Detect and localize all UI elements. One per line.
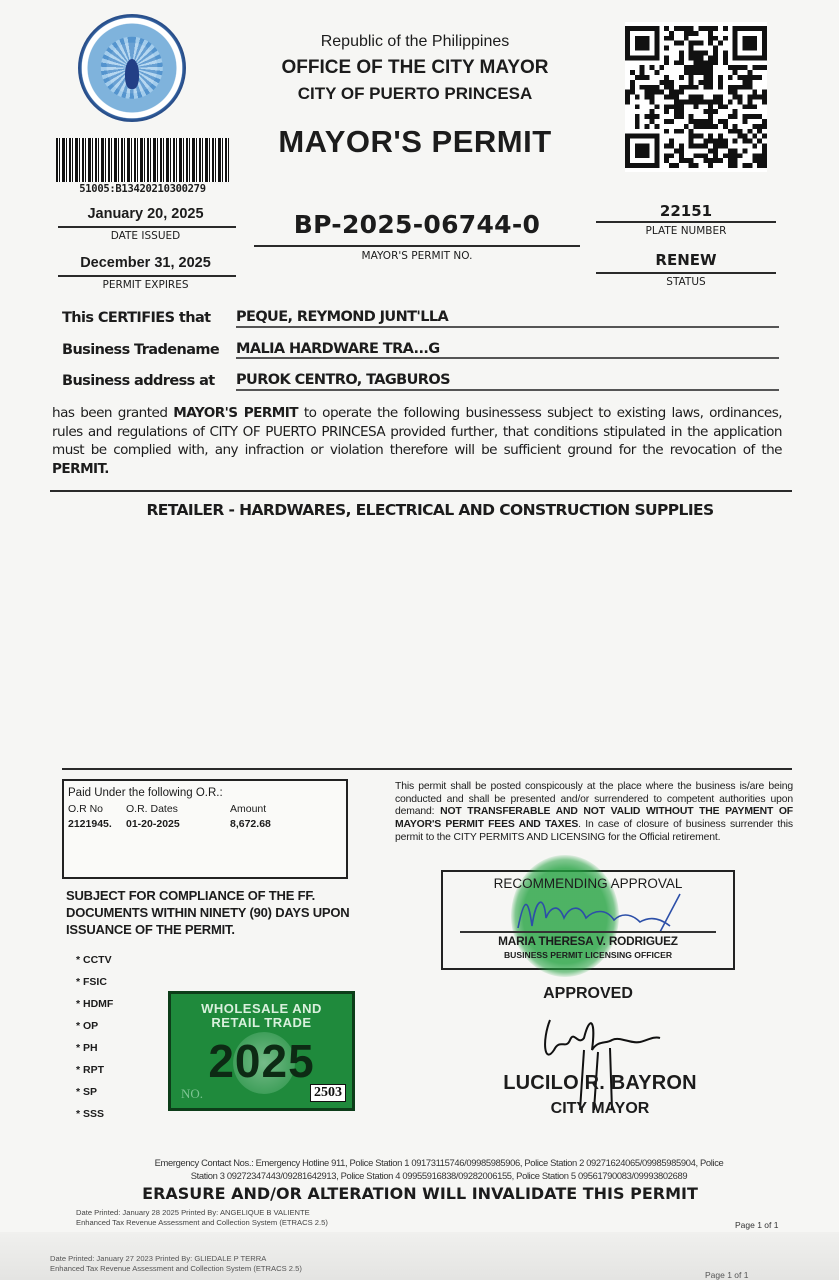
sticker-heading: WHOLESALE ANDRETAIL TRADE <box>171 1002 352 1030</box>
sticker-line-1: WHOLESALE AND <box>171 1002 352 1016</box>
peacock-icon <box>125 59 139 89</box>
or-header-date: O.R. Dates <box>126 803 178 815</box>
sticker-no-label: NO. <box>181 1086 203 1102</box>
barcode <box>56 138 229 182</box>
or-title: Paid Under the following O.R.: <box>68 787 223 799</box>
status-value: RENEW <box>596 251 776 269</box>
divider <box>50 490 792 492</box>
permit-expires-value: December 31, 2025 <box>58 255 233 271</box>
republic-heading: Republic of the Philippines <box>260 33 570 51</box>
address-label: Business address at <box>62 373 215 389</box>
plate-number-label: PLATE NUMBER <box>596 225 776 237</box>
divider <box>62 768 792 770</box>
mayor-title: CITY MAYOR <box>470 1100 730 1118</box>
document-title: MAYOR'S PERMIT <box>250 124 580 160</box>
underlay-print-info: Date Printed: January 27 2023 Printed By… <box>50 1254 302 1274</box>
recommending-officer-name: MARIA THERESA V. RODRIGUEZ <box>441 934 735 948</box>
sticker-number: 2503 <box>310 1084 346 1102</box>
requirement-item: * CCTV <box>76 954 113 976</box>
certifies-label: This CERTIFIES that <box>62 310 210 326</box>
qr-code <box>625 22 767 172</box>
city-heading: CITY OF PUERTO PRINCESA <box>260 84 570 104</box>
business-address: PUROK CENTRO, TAGBUROS <box>236 372 450 388</box>
office-heading: OFFICE OF THE CITY MAYOR <box>245 57 585 79</box>
requirements-list: * CCTV * FSIC * HDMF * OP * PH * RPT * S… <box>76 954 113 1130</box>
or-date: 01-20-2025 <box>126 818 180 830</box>
permit-expires-label: PERMIT EXPIRES <box>58 279 233 291</box>
status-label: STATUS <box>596 276 776 288</box>
city-seal-logo <box>78 14 186 122</box>
erasure-warning: ERASURE AND/OR ALTERATION WILL INVALIDAT… <box>80 1184 760 1203</box>
requirement-item: * FSIC <box>76 976 113 998</box>
emergency-line-1: Emergency Contact Nos.: Emergency Hotlin… <box>70 1156 808 1169</box>
sticker-year: 2025 <box>171 1034 352 1088</box>
mayor-name: LUCILO R. BAYRON <box>470 1072 730 1095</box>
certified-name: PEQUE, REYMOND JUNT'LLA <box>236 309 448 325</box>
signature-line <box>460 931 716 933</box>
or-number: 2121945. <box>68 818 112 830</box>
date-issued-value: January 20, 2025 <box>58 206 233 222</box>
requirement-item: * RPT <box>76 1064 113 1086</box>
system-name: Enhanced Tax Revenue Assessment and Coll… <box>76 1218 328 1228</box>
grant-paragraph: has been granted MAYOR'S PERMIT to opera… <box>52 404 782 478</box>
or-header-no: O.R No <box>68 803 103 815</box>
compliance-notice: SUBJECT FOR COMPLIANCE OF THE FF. DOCUME… <box>66 887 366 938</box>
emergency-contacts: Emergency Contact Nos.: Emergency Hotlin… <box>70 1156 808 1182</box>
divider <box>58 275 236 277</box>
underline <box>236 357 779 359</box>
requirement-item: * HDMF <box>76 998 113 1020</box>
approved-label: APPROVED <box>441 985 735 1003</box>
permit-number-value: BP-2025-06744-0 <box>256 210 578 239</box>
requirement-item: * OP <box>76 1020 113 1042</box>
underlay-system-name: Enhanced Tax Revenue Assessment and Coll… <box>50 1264 302 1274</box>
requirement-item: * SP <box>76 1086 113 1108</box>
or-header-amount: Amount <box>230 803 266 815</box>
underlay-printed-by: Date Printed: January 27 2023 Printed By… <box>50 1254 302 1264</box>
divider <box>254 245 580 247</box>
plate-number-value: 22151 <box>596 202 776 220</box>
business-tradename: MALIA HARDWARE TRA...G <box>236 341 440 357</box>
tradename-label: Business Tradename <box>62 342 219 358</box>
divider <box>596 221 776 223</box>
permit-number-label: MAYOR'S PERMIT NO. <box>256 250 578 262</box>
sticker-line-2: RETAIL TRADE <box>171 1016 352 1030</box>
divider <box>58 226 236 228</box>
print-info: Date Printed: January 28 2025 Printed By… <box>76 1208 328 1228</box>
divider <box>596 272 776 274</box>
trade-sticker: WHOLESALE ANDRETAIL TRADE 2025 NO. 2503 <box>168 991 355 1111</box>
grant-text-bold: PERMIT. <box>52 461 109 477</box>
underline <box>236 326 779 328</box>
requirement-item: * SSS <box>76 1108 113 1130</box>
requirement-item: * PH <box>76 1042 113 1064</box>
official-receipt-box: Paid Under the following O.R.: O.R No O.… <box>62 779 348 879</box>
business-activity: RETAILER - HARDWARES, ELECTRICAL AND CON… <box>100 501 760 519</box>
recommending-officer-role: BUSINESS PERMIT LICENSING OFFICER <box>441 950 735 960</box>
date-issued-label: DATE ISSUED <box>58 230 233 242</box>
or-amount: 8,672.68 <box>230 818 271 830</box>
printed-by: Date Printed: January 28 2025 Printed By… <box>76 1208 328 1218</box>
grant-text: has been granted <box>52 405 173 421</box>
barcode-text: 51005:B13420210300279 <box>56 183 229 195</box>
emergency-line-2: Station 3 09272347443/09281642913, Polic… <box>70 1169 808 1182</box>
page-indicator: Page 1 of 1 <box>735 1220 778 1230</box>
underline <box>236 389 779 391</box>
posting-notice: This permit shall be posted conspicously… <box>395 781 793 845</box>
grant-text-bold: MAYOR'S PERMIT <box>173 405 298 421</box>
underlay-page-indicator: Page 1 of 1 <box>705 1270 748 1280</box>
